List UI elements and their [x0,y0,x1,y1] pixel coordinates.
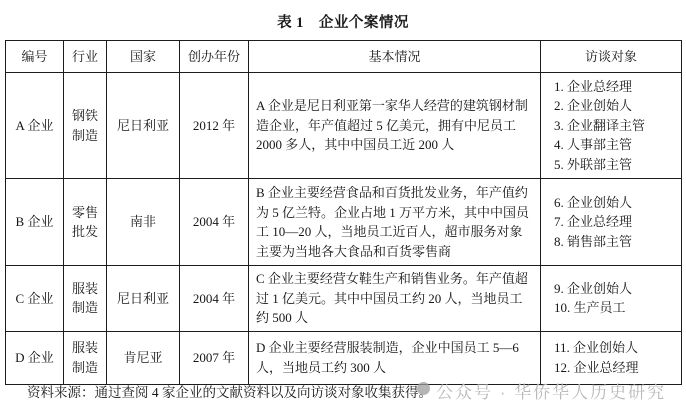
cell-year: 2004 年 [180,266,249,332]
cell-company-id: A 企业 [6,73,64,179]
interviewee-item: 12. 企业总经理 [554,358,677,378]
interviewee-item: 7. 企业总经理 [554,212,677,232]
cell-industry: 零售批发 [64,179,107,266]
interviewee-item: 2. 企业创始人 [554,96,677,116]
header-cell-country: 国家 [107,41,180,73]
cell-company-id: C 企业 [6,266,64,332]
interviewee-item: 11. 企业创始人 [554,338,677,358]
cell-year: 2007 年 [180,331,249,384]
cell-industry: 服装制造 [64,331,107,384]
interviewee-item: 4. 人事部主管 [554,135,677,155]
cell-interviewees: 1. 企业总经理 2. 企业创始人 3. 企业翻译主管 4. 人事部主管 5. … [541,73,682,179]
interviewee-item: 5. 外联部主管 [554,155,677,175]
watermark-text: 公众号 · 华侨华人历史研究 [436,378,666,403]
header-cell-year: 创办年份 [180,41,249,73]
interviewee-item: 3. 企业翻译主管 [554,116,677,136]
case-table: 编号 行业 国家 创办年份 基本情况 访谈对象 A 企业 钢铁制造 尼日利亚 2… [5,40,682,385]
header-cell-industry: 行业 [64,41,107,73]
source-note: 资料来源：通过查阅 4 家企业的文献资料以及向访谈对象收集获得。 [27,381,432,401]
cell-country: 南非 [107,179,180,266]
cell-interviewees: 11. 企业创始人 12. 企业总经理 [541,331,682,384]
cell-year: 2012 年 [180,73,249,179]
cell-basic-info: D 企业主要经营服装制造，企业中国员工 5—6 人，当地员工约 300 人 [249,331,541,384]
cell-country: 尼日利亚 [107,266,180,332]
header-cell-id: 编号 [6,41,64,73]
table-title: 表 1 企业个案情况 [0,11,686,32]
table-row: B 企业 零售批发 南非 2004 年 B 企业主要经营食品和百货批发业务，年产… [6,179,682,266]
cell-interviewees: 6. 企业创始人 7. 企业总经理 8. 销售部主管 [541,179,682,266]
header-row: 编号 行业 国家 创办年份 基本情况 访谈对象 [6,41,682,73]
interviewee-item: 10. 生产员工 [554,298,677,318]
cell-industry: 钢铁制造 [64,73,107,179]
header-cell-interviewees: 访谈对象 [541,41,682,73]
cell-country: 肯尼亚 [107,331,180,384]
cell-country: 尼日利亚 [107,73,180,179]
cell-basic-info: B 企业主要经营食品和百货批发业务，年产值约为 5 亿兰特。企业占地 1 万平方… [249,179,541,266]
interviewee-item: 9. 企业创始人 [554,279,677,299]
table-row: D 企业 服装制造 肯尼亚 2007 年 D 企业主要经营服装制造，企业中国员工… [6,331,682,384]
watermark-dot-icon [417,382,430,395]
interviewee-item: 6. 企业创始人 [554,193,677,213]
cell-industry: 服装制造 [64,266,107,332]
cell-company-id: D 企业 [6,331,64,384]
cell-interviewees: 9. 企业创始人 10. 生产员工 [541,266,682,332]
cell-basic-info: A 企业是尼日利亚第一家华人经营的建筑钢材制造企业，年产值超过 5 亿美元，拥有… [249,73,541,179]
header-cell-basic: 基本情况 [249,41,541,73]
table-row: A 企业 钢铁制造 尼日利亚 2012 年 A 企业是尼日利亚第一家华人经营的建… [6,73,682,179]
interviewee-item: 8. 销售部主管 [554,232,677,252]
cell-year: 2004 年 [180,179,249,266]
cell-basic-info: C 企业主要经营女鞋生产和销售业务。年产值超过 1 亿美元。其中中国员工约 20… [249,266,541,332]
interviewee-item: 1. 企业总经理 [554,77,677,97]
table-row: C 企业 服装制造 尼日利亚 2004 年 C 企业主要经营女鞋生产和销售业务。… [6,266,682,332]
cell-company-id: B 企业 [6,179,64,266]
